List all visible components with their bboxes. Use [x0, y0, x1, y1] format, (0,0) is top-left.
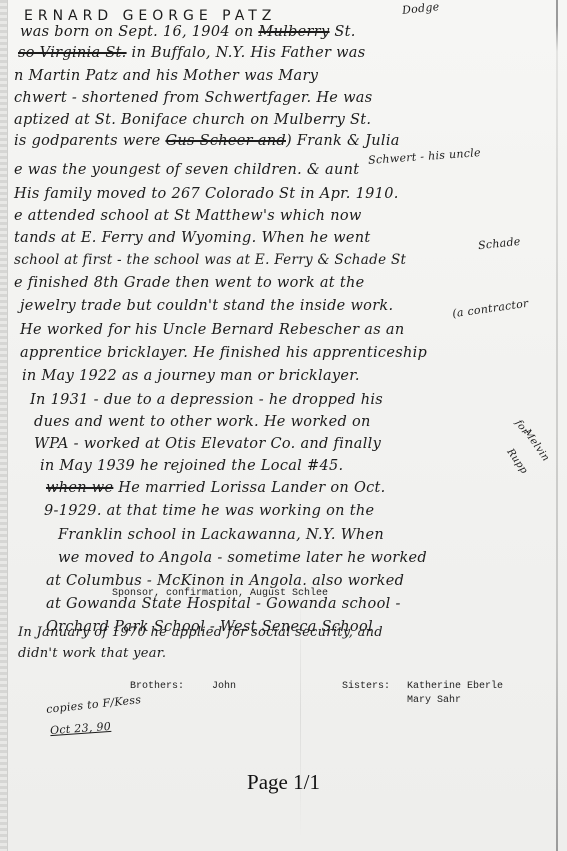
- text-line-5: aptized at St. Boniface church on Mulber…: [14, 112, 371, 128]
- typed-sponsor: Sponsor, confirmation, August Schlee: [112, 588, 328, 599]
- text-line-23: Franklin school in Lackawanna, N.Y. When: [58, 527, 384, 543]
- text-line-3: n Martin Patz and his Mother was Mary: [14, 68, 318, 84]
- text-line-16: in May 1922 as a journey man or bricklay…: [22, 368, 360, 384]
- text-line-11: school at first - the school was at E. F…: [14, 252, 406, 268]
- text-line-8: His family moved to 267 Colorado St in A…: [14, 186, 399, 202]
- sister-name-1: Katherine Eberle: [407, 681, 503, 692]
- perforated-edge: [0, 0, 8, 851]
- social-security-line-2: didn't work that year.: [18, 646, 166, 661]
- text-line-6: is godparents were Gus Scheer and) Frank…: [14, 133, 400, 149]
- text-line-9: e attended school at St Matthew's which …: [14, 208, 362, 224]
- annotation-schwert-uncle: Schwert - his uncle: [368, 146, 482, 167]
- annotation-contractor: (a contractor: [451, 297, 529, 321]
- text-line-24: we moved to Angola - sometime later he w…: [58, 550, 427, 566]
- annotation-dodge: Dodge: [401, 0, 440, 17]
- struck-word: when we: [46, 480, 113, 496]
- text-line-1: was born on Sept. 16, 1904 on Mulberry S…: [20, 24, 356, 40]
- copies-date: Oct 23, 90: [50, 720, 112, 737]
- text-line-19: WPA - worked at Otis Elevator Co. and fi…: [34, 436, 381, 452]
- annotation-schade: Schade: [477, 235, 521, 252]
- text-line-4: chwert - shortened from Schwertfager. He…: [14, 90, 372, 106]
- text-line-2: so Virginia St. in Buffalo, N.Y. His Fat…: [18, 45, 366, 61]
- struck-word: Mulberry: [258, 24, 329, 40]
- scanned-document-page: ERNARD GEORGE PATZ Dodge was born on Sep…: [0, 0, 567, 851]
- page-number: Page 1/1: [0, 770, 567, 795]
- text-line-12: e finished 8th Grade then went to work a…: [14, 275, 364, 291]
- text-line-7: e was the youngest of seven children. & …: [14, 162, 359, 178]
- annotation-rupp: Rupp: [504, 447, 529, 476]
- annotation-melvin: Melvin: [521, 427, 551, 463]
- copies-note: copies to F/Kess: [46, 693, 142, 716]
- text-line-21: when we He married Lorissa Lander on Oct…: [46, 480, 386, 496]
- brother-name: John: [212, 681, 236, 692]
- social-security-line-1: In January of 1970 he applied for social…: [18, 625, 383, 640]
- text-line-14: He worked for his Uncle Bernard Rebesche…: [20, 322, 404, 338]
- text-line-17: In 1931 - due to a depression - he dropp…: [30, 392, 383, 408]
- sisters-label: Sisters:: [342, 681, 390, 692]
- text-line-22: 9-1929. at that time he was working on t…: [44, 503, 374, 519]
- struck-word: Gus Scheer and: [165, 133, 286, 149]
- text-line-25: at Columbus - McKinon in Angola. also wo…: [46, 573, 404, 589]
- brothers-label: Brothers:: [130, 681, 184, 692]
- page-edge-shadow: [556, 0, 558, 851]
- text-line-20: in May 1939 he rejoined the Local #45.: [40, 458, 343, 474]
- text-line-15: apprentice bricklayer. He finished his a…: [20, 345, 427, 361]
- text-line-10: tands at E. Ferry and Wyoming. When he w…: [14, 230, 371, 246]
- struck-word: so Virginia St.: [18, 45, 127, 61]
- text-line-18: dues and went to other work. He worked o…: [34, 414, 371, 430]
- document-heading: ERNARD GEORGE PATZ: [24, 8, 276, 24]
- sister-name-2: Mary Sahr: [407, 695, 461, 706]
- text-line-13: jewelry trade but couldn't stand the ins…: [20, 298, 393, 314]
